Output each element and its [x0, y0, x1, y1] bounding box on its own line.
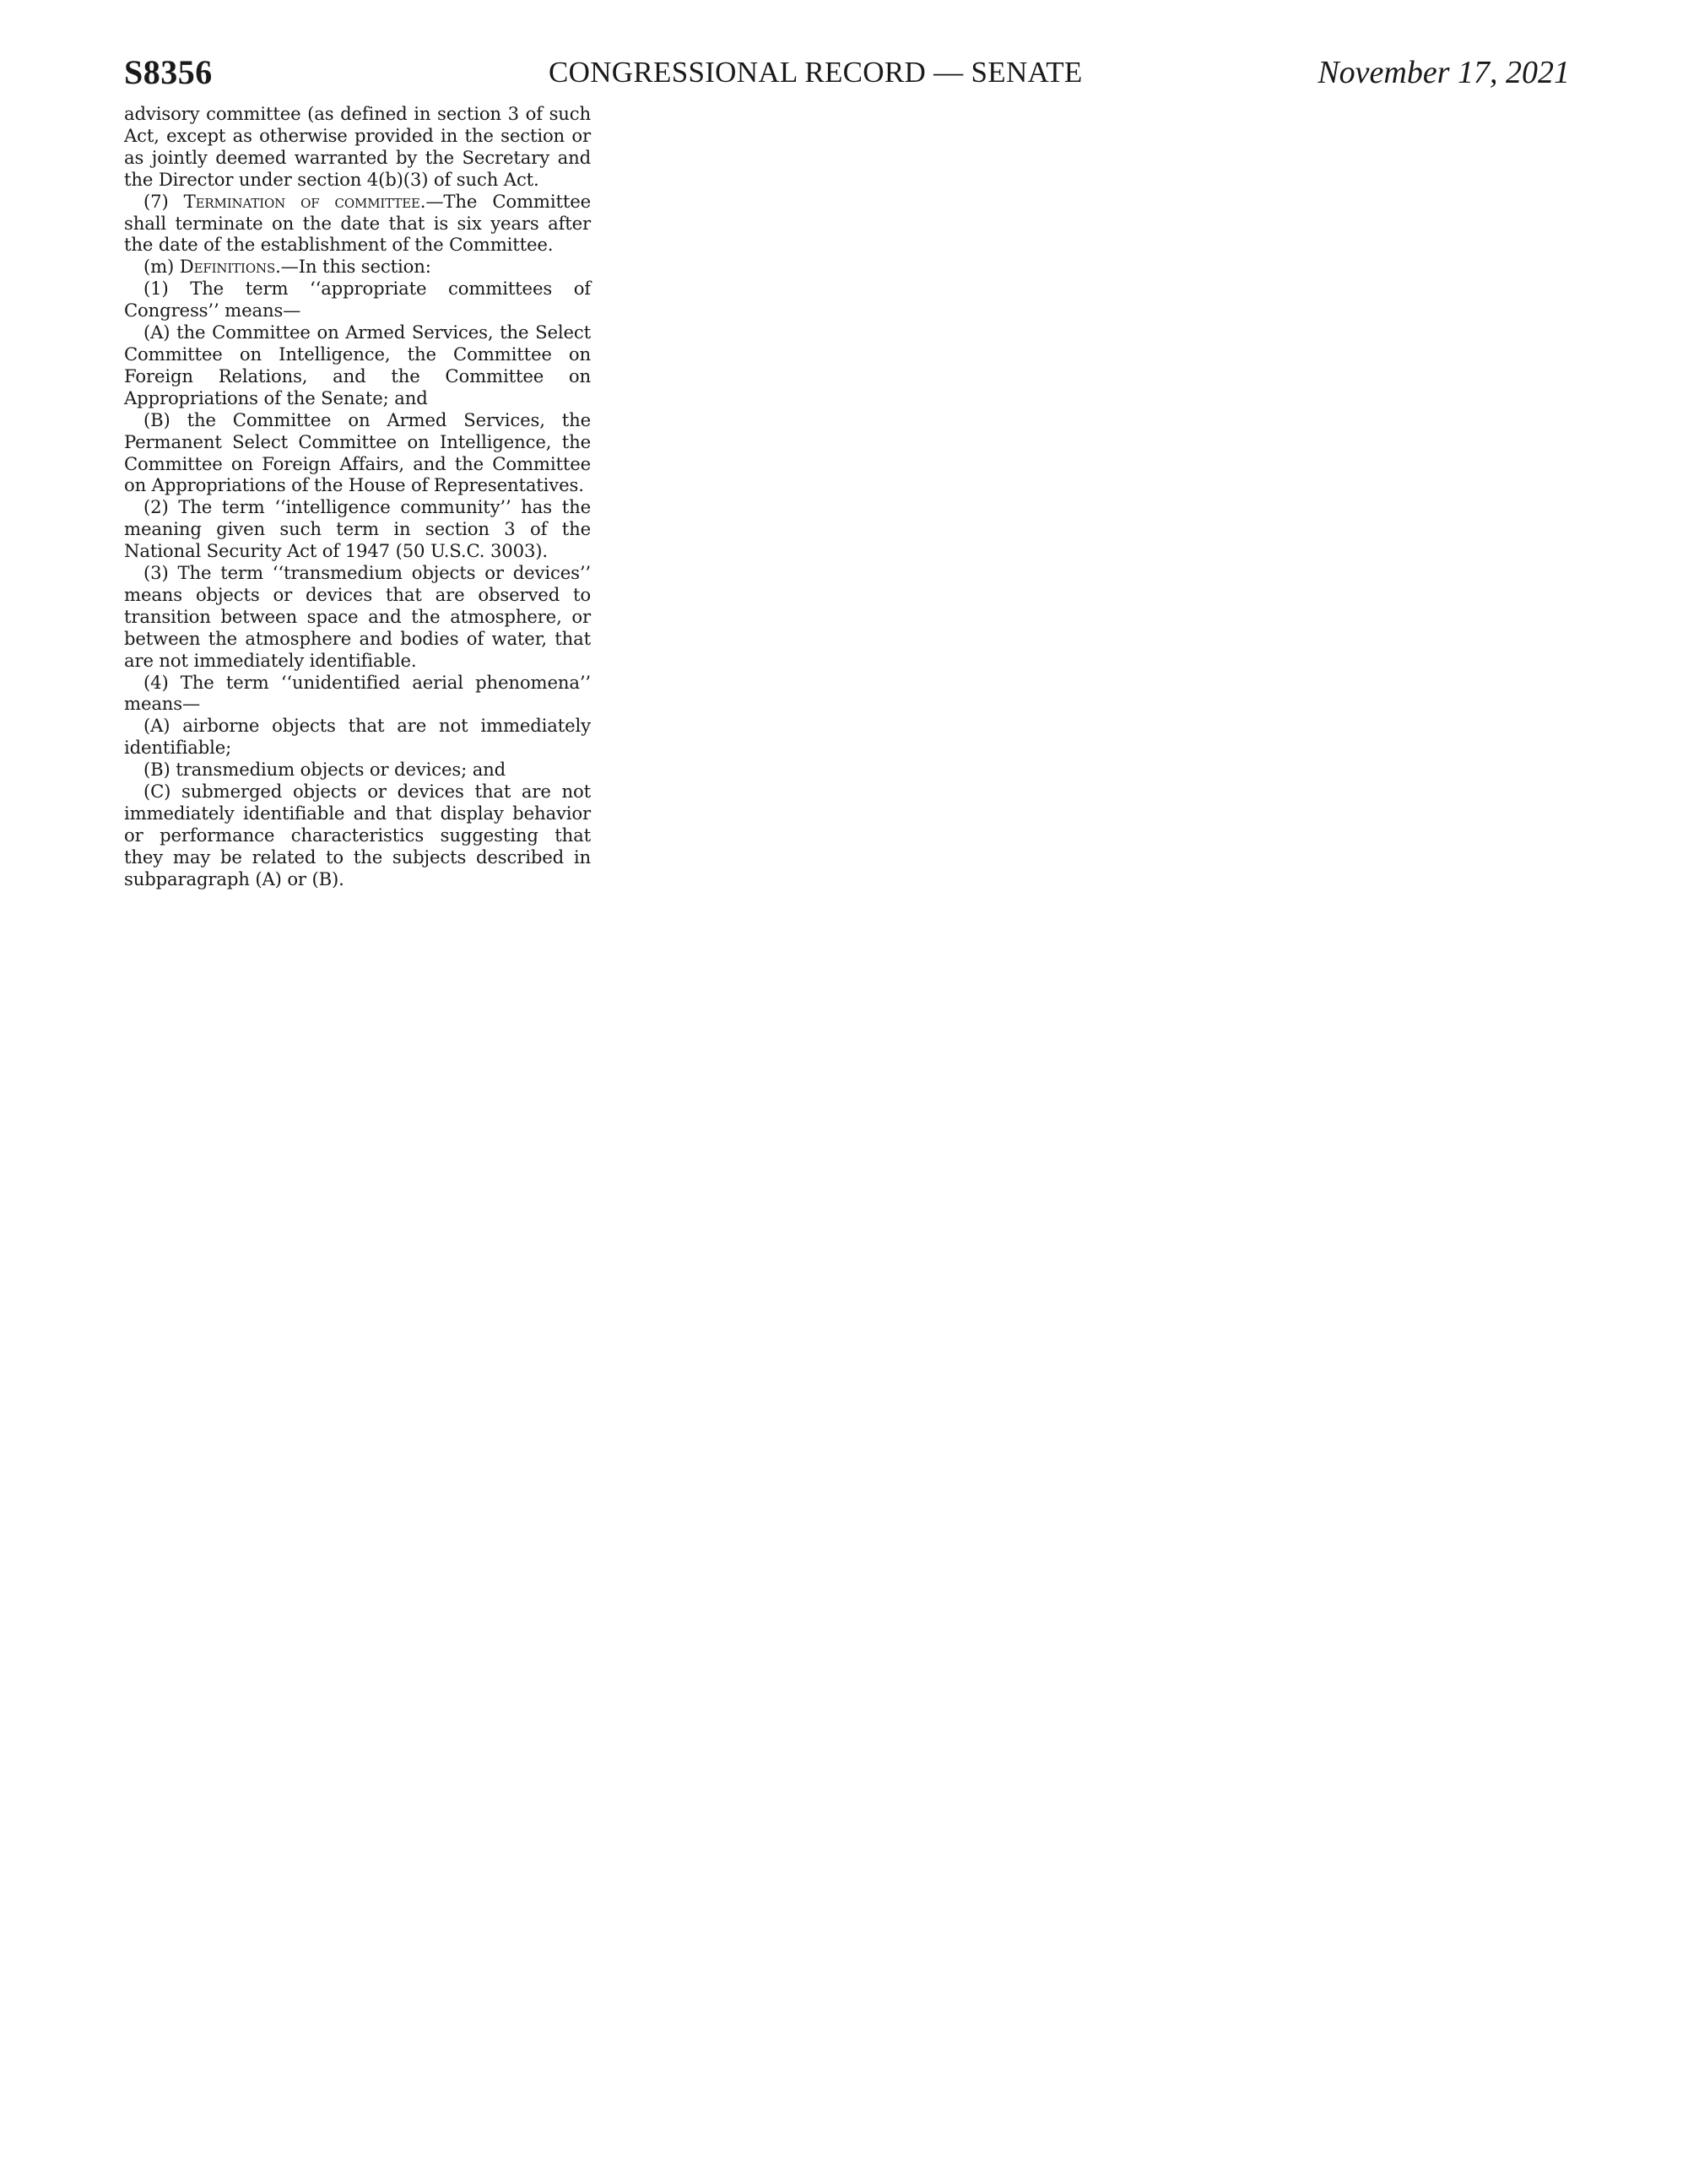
- paragraph-text: (4) The term ‘‘unidentified aerial pheno…: [124, 672, 591, 715]
- paragraph-lead: (7): [143, 191, 184, 212]
- paragraph-definition-3: (3) The term ‘‘transmedium objects or de…: [124, 562, 591, 672]
- paragraph-text: (1) The term ‘‘appropriate committees of…: [124, 278, 591, 321]
- paragraph-text: advisory committee (as defined in sectio…: [124, 103, 591, 190]
- paragraph-text: (A) airborne objects that are not immedi…: [124, 715, 591, 758]
- paragraph-text: (2) The term ‘‘intelligence community’’ …: [124, 496, 591, 561]
- paragraph-definition-1a: (A) the Committee on Armed Services, the…: [124, 322, 591, 409]
- publication-title: CONGRESSIONAL RECORD — SENATE: [549, 49, 1083, 96]
- paragraph-heading: Definitions.: [180, 256, 281, 277]
- text-column: advisory committee (as defined in sectio…: [124, 103, 591, 890]
- paragraph-text: (C) submerged objects or devices that ar…: [124, 781, 591, 889]
- paragraph-definition-1: (1) The term ‘‘appropriate committees of…: [124, 278, 591, 322]
- paragraph-definition-4c: (C) submerged objects or devices that ar…: [124, 781, 591, 890]
- paragraph-text: —In this section:: [281, 256, 431, 277]
- paragraph-definition-4: (4) The term ‘‘unidentified aerial pheno…: [124, 672, 591, 716]
- paragraph-text: (3) The term ‘‘transmedium objects or de…: [124, 562, 591, 671]
- paragraph-definition-4a: (A) airborne objects that are not immedi…: [124, 715, 591, 759]
- paragraph-definitions: (m) Definitions.—In this section:: [124, 256, 591, 278]
- paragraph-text: (A) the Committee on Armed Services, the…: [124, 322, 591, 408]
- paragraph-continued: advisory committee (as defined in sectio…: [124, 103, 591, 191]
- paragraph-text: (B) transmedium objects or devices; and: [143, 759, 506, 780]
- paragraph-text: (B) the Committee on Armed Services, the…: [124, 409, 591, 496]
- page-number: S8356: [124, 49, 213, 96]
- paragraph-termination-of-committee: (7) Termination of committee.—The Commit…: [124, 191, 591, 257]
- paragraph-definition-1b: (B) the Committee on Armed Services, the…: [124, 409, 591, 497]
- paragraph-heading: Termination of committee.: [184, 191, 426, 212]
- paragraph-definition-2: (2) The term ‘‘intelligence community’’ …: [124, 496, 591, 562]
- publication-date: November 17, 2021: [1317, 49, 1570, 96]
- paragraph-lead: (m): [143, 256, 180, 277]
- page-header: S8356 CONGRESSIONAL RECORD — SENATE Nove…: [124, 49, 1570, 96]
- paragraph-definition-4b: (B) transmedium objects or devices; and: [124, 759, 591, 781]
